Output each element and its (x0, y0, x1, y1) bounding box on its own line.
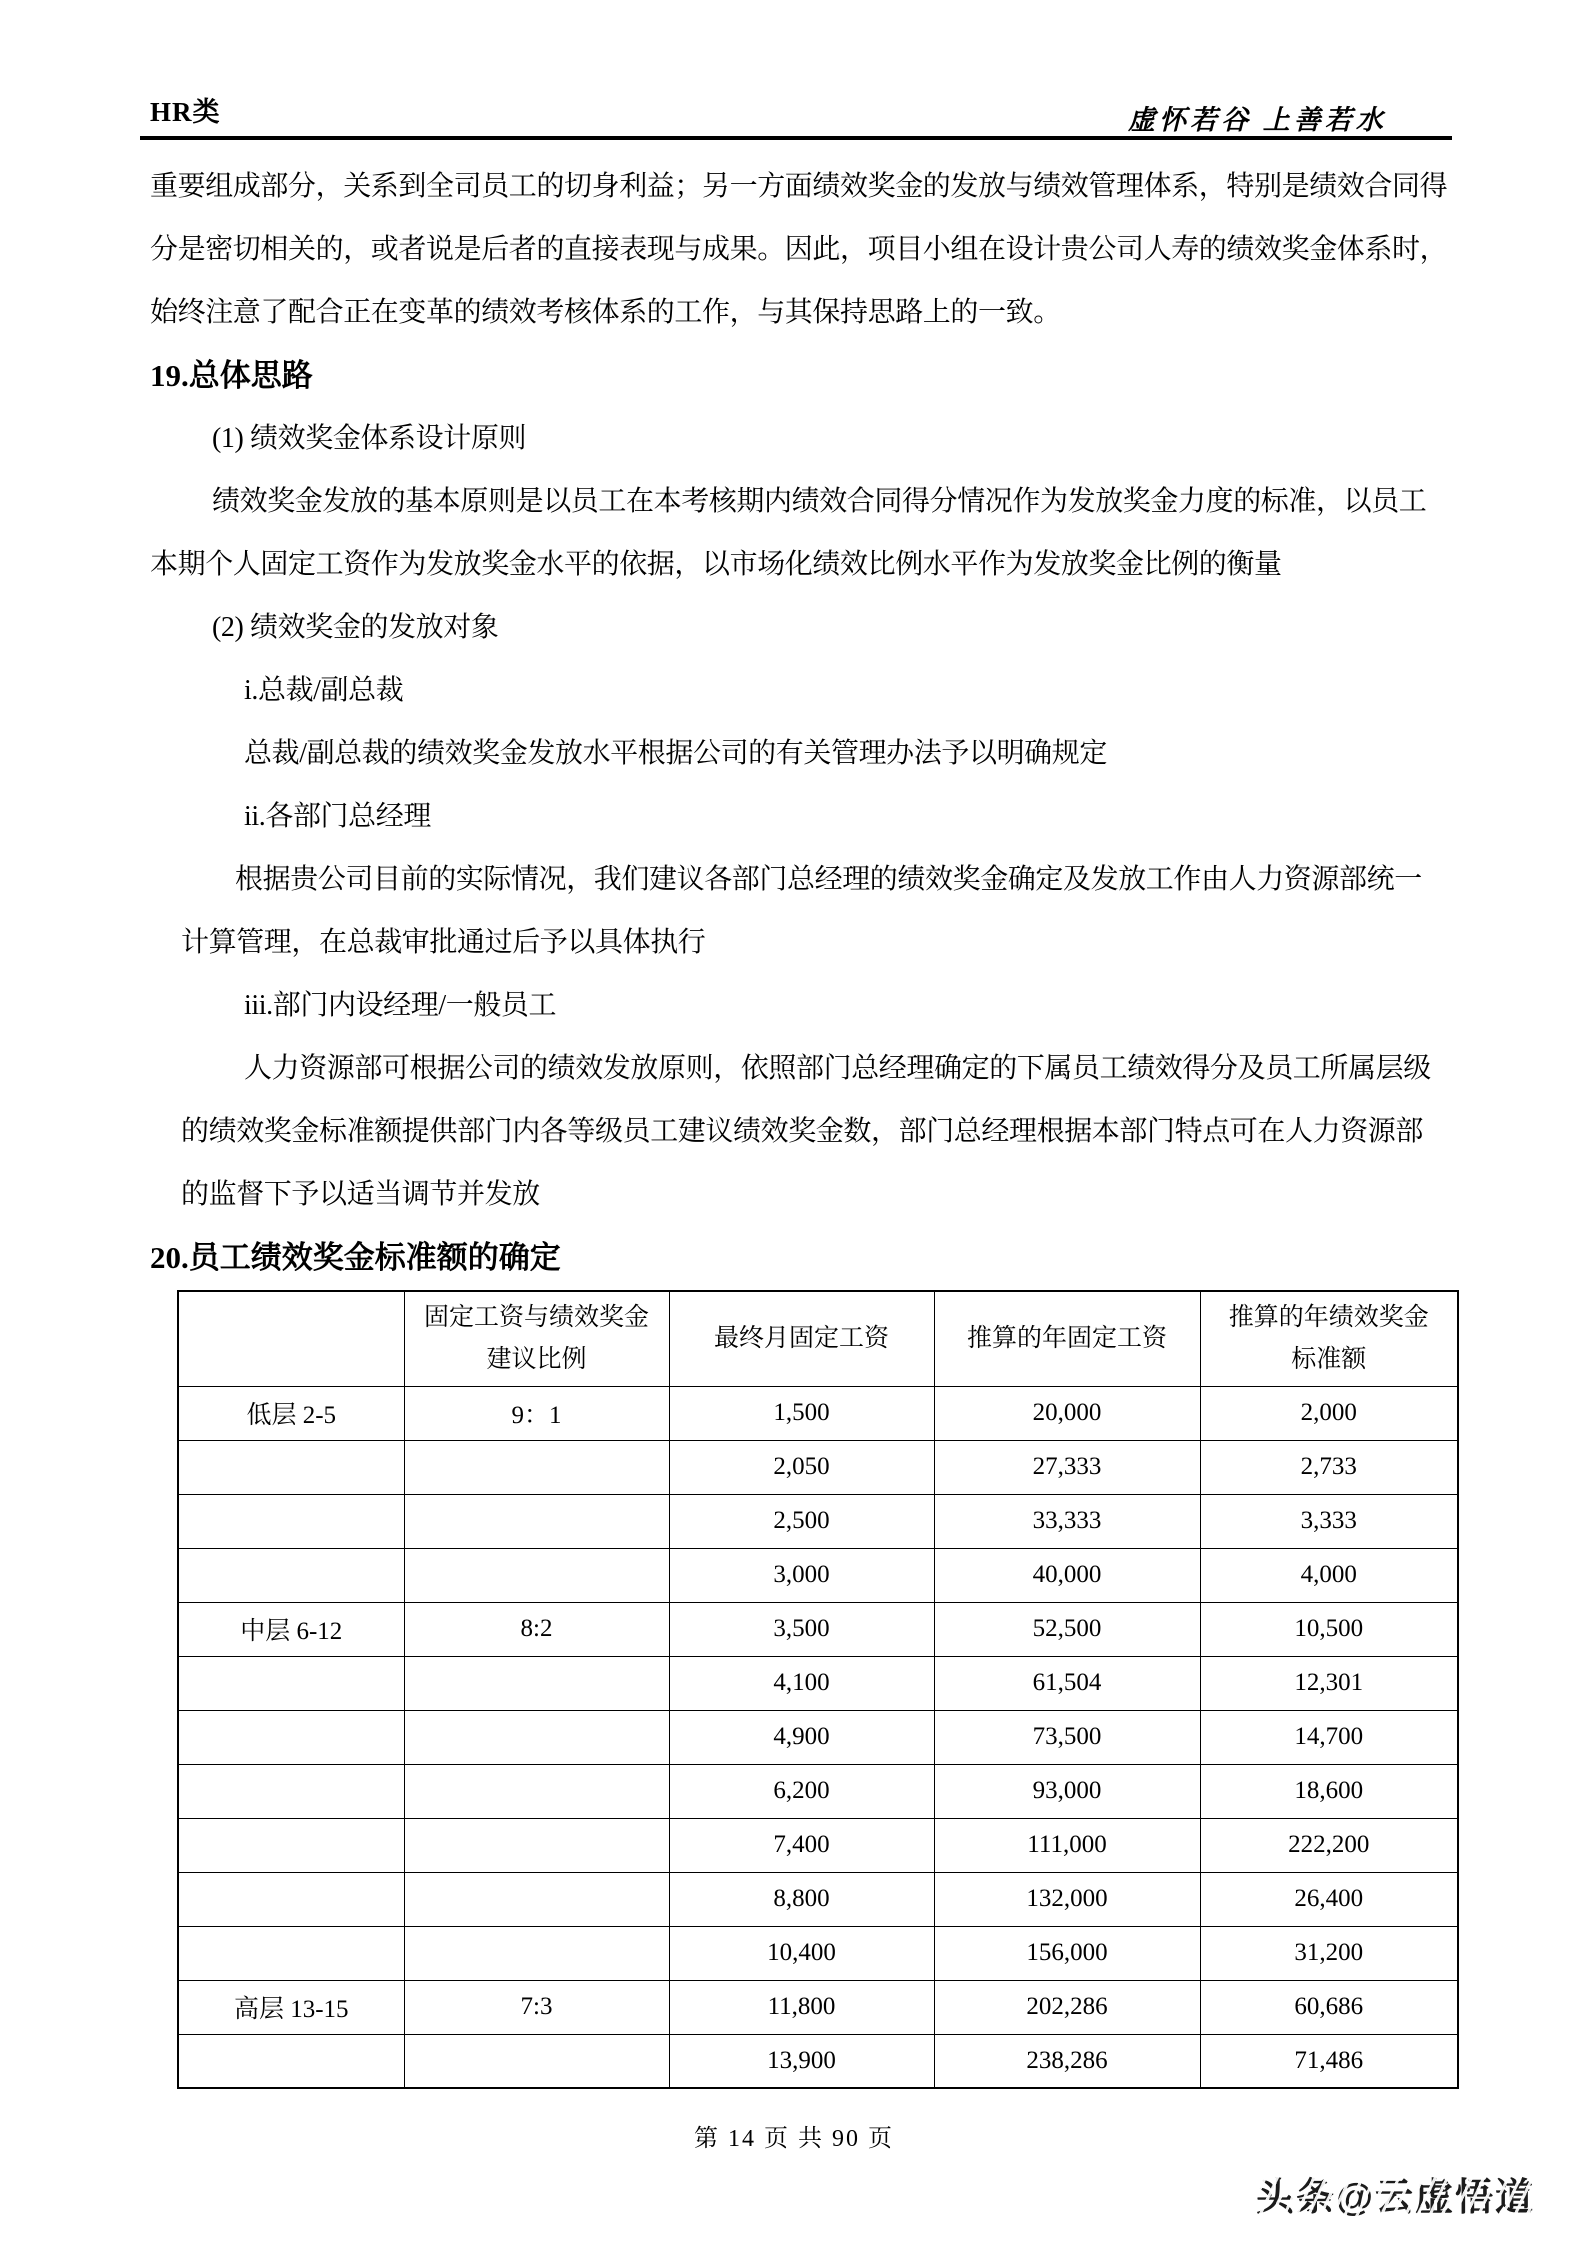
table-cell: 4,100 (669, 1656, 934, 1710)
table-row: 中层 6-128:23,50052,50010,500 (178, 1602, 1458, 1656)
table-cell (404, 1548, 669, 1602)
table-cell: 中层 6-12 (178, 1602, 404, 1656)
document-page: HR类 虚怀若谷 上善若水 重要组成部分，关系到全司员工的切身利益；另一方面绩效… (0, 0, 1588, 2245)
table-cell: 3,333 (1200, 1494, 1458, 1548)
table-cell: 222,200 (1200, 1818, 1458, 1872)
table-cell (178, 2034, 404, 2088)
body-line: 人力资源部可根据公司的绩效发放原则，依照部门总经理确定的下属员工绩效得分及员工所… (244, 1037, 1455, 1100)
table-header-cell: 固定工资与绩效奖金 建议比例 (404, 1291, 669, 1386)
table-header-cell: 推算的年固定工资 (934, 1291, 1200, 1386)
table-cell (178, 1440, 404, 1494)
body-line: 本期个人固定工资作为发放奖金水平的依据，以市场化绩效比例水平作为发放奖金比例的衡… (150, 533, 1455, 596)
watermark: 头条@云虚悟道 (1256, 2166, 1535, 2218)
body-line: 分是密切相关的，或者说是后者的直接表现与成果。因此，项目小组在设计贵公司人寿的绩… (150, 218, 1455, 281)
table-cell: 2,000 (1200, 1386, 1458, 1440)
body-line: ii.各部门总经理 (244, 785, 1455, 848)
body-line: iii.部门内设经理/一般员工 (244, 974, 1455, 1037)
table-cell (404, 1764, 669, 1818)
table-cell (404, 1656, 669, 1710)
table-cell (178, 1818, 404, 1872)
table-cell (404, 1440, 669, 1494)
table-cell: 202,286 (934, 1980, 1200, 2034)
table-cell: 11,800 (669, 1980, 934, 2034)
table-cell: 31,200 (1200, 1926, 1458, 1980)
table-header-cell: 最终月固定工资 (669, 1291, 934, 1386)
table-row: 2,50033,3333,333 (178, 1494, 1458, 1548)
bonus-table-head: 固定工资与绩效奖金 建议比例最终月固定工资推算的年固定工资推算的年绩效奖金 标准… (178, 1291, 1458, 1386)
table-cell: 132,000 (934, 1872, 1200, 1926)
table-cell (178, 1872, 404, 1926)
header-motto: 虚怀若谷 上善若水 (1128, 98, 1387, 137)
table-cell: 20,000 (934, 1386, 1200, 1440)
table-cell: 8:2 (404, 1602, 669, 1656)
table-row: 6,20093,00018,600 (178, 1764, 1458, 1818)
table-row: 2,05027,3332,733 (178, 1440, 1458, 1494)
table-cell: 27,333 (934, 1440, 1200, 1494)
body-line: 的监督下予以适当调节并发放 (181, 1163, 1455, 1226)
table-cell: 2,733 (1200, 1440, 1458, 1494)
table-cell: 52,500 (934, 1602, 1200, 1656)
table-cell: 7,400 (669, 1818, 934, 1872)
body-line: 绩效奖金发放的基本原则是以员工在本考核期内绩效合同得分情况作为发放奖金力度的标准… (212, 470, 1455, 533)
table-cell: 26,400 (1200, 1872, 1458, 1926)
header-divider (140, 136, 1452, 140)
body-line: 总裁/副总裁的绩效奖金发放水平根据公司的有关管理办法予以明确规定 (244, 722, 1455, 785)
table-row: 4,90073,50014,700 (178, 1710, 1458, 1764)
table-cell: 6,200 (669, 1764, 934, 1818)
table-cell: 40,000 (934, 1548, 1200, 1602)
table-row: 13,900238,28671,486 (178, 2034, 1458, 2088)
table-cell: 13,900 (669, 2034, 934, 2088)
table-row: 8,800132,00026,400 (178, 1872, 1458, 1926)
page-number: 第 14 页 共 90 页 (0, 2118, 1588, 2153)
table-cell: 18,600 (1200, 1764, 1458, 1818)
section-heading: 20.员工绩效奖金标准额的确定 (150, 1226, 1455, 1289)
body-line: (2) 绩效奖金的发放对象 (212, 596, 1455, 659)
table-cell (178, 1926, 404, 1980)
table-cell: 60,686 (1200, 1980, 1458, 2034)
table-cell: 238,286 (934, 2034, 1200, 2088)
table-cell (404, 1872, 669, 1926)
table-cell: 3,000 (669, 1548, 934, 1602)
table-cell: 33,333 (934, 1494, 1200, 1548)
body-line: 的绩效奖金标准额提供部门内各等级员工建议绩效奖金数，部门总经理根据本部门特点可在… (181, 1100, 1455, 1163)
table-cell (404, 1818, 669, 1872)
table-cell: 10,400 (669, 1926, 934, 1980)
table-cell: 71,486 (1200, 2034, 1458, 2088)
table-cell (178, 1494, 404, 1548)
table-cell: 111,000 (934, 1818, 1200, 1872)
bonus-standard-table: 固定工资与绩效奖金 建议比例最终月固定工资推算的年固定工资推算的年绩效奖金 标准… (177, 1290, 1459, 2089)
table-row: 7,400111,000222,200 (178, 1818, 1458, 1872)
table-cell: 2,500 (669, 1494, 934, 1548)
table-cell (178, 1656, 404, 1710)
body-line: 根据贵公司目前的实际情况，我们建议各部门总经理的绩效奖金确定及发放工作由人力资源… (235, 848, 1455, 911)
table-cell (178, 1764, 404, 1818)
table-cell: 93,000 (934, 1764, 1200, 1818)
section-heading: 19.总体思路 (150, 344, 1455, 407)
table-cell: 73,500 (934, 1710, 1200, 1764)
table-cell: 14,700 (1200, 1710, 1458, 1764)
table-header-cell (178, 1291, 404, 1386)
table-cell: 12,301 (1200, 1656, 1458, 1710)
table-cell: 高层 13-15 (178, 1980, 404, 2034)
table-row: 高层 13-157:311,800202,28660,686 (178, 1980, 1458, 2034)
table-cell: 156,000 (934, 1926, 1200, 1980)
document-body: 重要组成部分，关系到全司员工的切身利益；另一方面绩效奖金的发放与绩效管理体系，特… (150, 155, 1455, 1289)
body-line: 始终注意了配合正在变革的绩效考核体系的工作，与其保持思路上的一致。 (150, 281, 1455, 344)
table-row: 3,00040,0004,000 (178, 1548, 1458, 1602)
table-cell: 低层 2-5 (178, 1386, 404, 1440)
table-cell: 10,500 (1200, 1602, 1458, 1656)
table-cell (404, 2034, 669, 2088)
table-cell (404, 1710, 669, 1764)
table-cell: 1,500 (669, 1386, 934, 1440)
watermark-text: 头条@云虚悟道 (1256, 2177, 1535, 2219)
body-line: i.总裁/副总裁 (244, 659, 1455, 722)
table-row: 10,400156,00031,200 (178, 1926, 1458, 1980)
table-cell: 61,504 (934, 1656, 1200, 1710)
table-cell (178, 1710, 404, 1764)
bonus-table-body: 低层 2-59：11,50020,0002,0002,05027,3332,73… (178, 1386, 1458, 2088)
table-header-cell: 推算的年绩效奖金 标准额 (1200, 1291, 1458, 1386)
table-cell: 4,900 (669, 1710, 934, 1764)
table-cell: 2,050 (669, 1440, 934, 1494)
table-cell: 8,800 (669, 1872, 934, 1926)
body-line: 重要组成部分，关系到全司员工的切身利益；另一方面绩效奖金的发放与绩效管理体系，特… (150, 155, 1455, 218)
body-line: (1) 绩效奖金体系设计原则 (212, 407, 1455, 470)
table-cell: 4,000 (1200, 1548, 1458, 1602)
header-category: HR类 (150, 90, 221, 129)
table-cell: 3,500 (669, 1602, 934, 1656)
table-cell: 9：1 (404, 1386, 669, 1440)
table-cell: 7:3 (404, 1980, 669, 2034)
table-row: 低层 2-59：11,50020,0002,000 (178, 1386, 1458, 1440)
table-cell (404, 1926, 669, 1980)
body-line: 计算管理，在总裁审批通过后予以具体执行 (181, 911, 1455, 974)
table-row: 4,10061,50412,301 (178, 1656, 1458, 1710)
table-cell (404, 1494, 669, 1548)
table-cell (178, 1548, 404, 1602)
